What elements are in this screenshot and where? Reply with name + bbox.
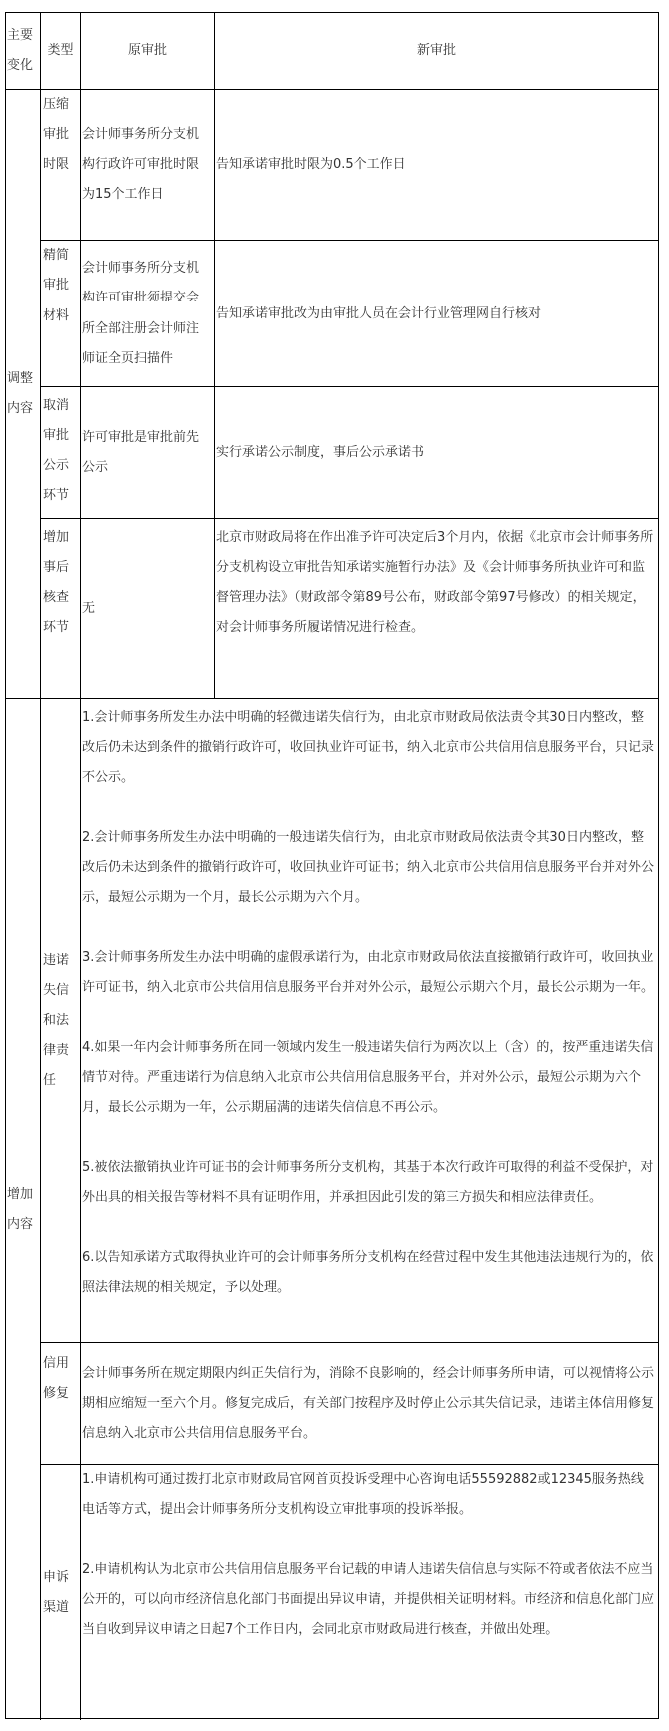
- row-liability-content: 1.会计师事务所发生办法中明确的轻微违诺失信行为，由北京市财政局依法责令其30日…: [80, 698, 658, 1342]
- row-credit-repair-type: 信用修复: [40, 1342, 80, 1464]
- row-original-text: 会计师事务所分支机 构许可审批须提交会 所全部注册会计师注 师证全页扫描件: [82, 254, 210, 374]
- row-cancel-type: 取消审批公示环节: [40, 386, 80, 518]
- row-simplify-original: 会计师事务所分支机 构许可审批须提交会 所全部注册会计师注 师证全页扫描件: [80, 240, 214, 386]
- row-new-text: 实行承诺公示制度，事后公示承诺书: [216, 438, 424, 468]
- row-type-label: 压缩审批时限: [43, 90, 72, 180]
- section-add-label: 增加内容: [7, 1180, 36, 1240]
- row-add-check-type: 增加事后核查环节: [40, 518, 80, 698]
- row-compress-new: 告知承诺审批时限为0.5个工作日: [214, 89, 658, 240]
- row-new-text: 告知承诺审批改为由审批人员在会计行业管理网自行核对: [216, 299, 541, 329]
- row-original-text: 会计师事务所分支机构行政许可审批时限为15个工作日: [82, 120, 210, 210]
- row-liability-type: 违诺失信和法律责任: [40, 698, 80, 1342]
- row-simplify-new: 告知承诺审批改为由审批人员在会计行业管理网自行核对: [214, 240, 658, 386]
- row-type-label: 申诉渠道: [43, 1563, 72, 1623]
- liability-paragraphs: 1.会计师事务所发生办法中明确的轻微违诺失信行为，由北京市财政局依法责令其30日…: [82, 703, 654, 1303]
- header-new-label: 新审批: [417, 36, 456, 66]
- row-type-label: 取消审批公示环节: [43, 391, 72, 511]
- paragraph: 会计师事务所在规定期限内纠正失信行为，消除不良影响的，经会计师事务所申请，可以视…: [82, 1359, 654, 1449]
- paragraph: 2.申请机构认为北京市公共信用信息服务平台记载的申请人违诺失信信息与实际不符或者…: [82, 1555, 654, 1645]
- row-simplify-type: 精简审批材料: [40, 240, 80, 386]
- row-type-label: 信用修复: [43, 1349, 72, 1409]
- appeal-paragraphs: 1.申请机构可通过拨打北京市财政局官网首页投诉受理中心咨询电话55592882或…: [82, 1465, 654, 1645]
- row-type-label: 精简审批材料: [43, 241, 72, 331]
- header-main-change: 主要变化: [6, 13, 40, 89]
- paragraph: 3.会计师事务所发生办法中明确的虚假承诺行为，由北京市财政局依法直接撤销行政许可…: [82, 943, 654, 1003]
- row-new-text: 告知承诺审批时限为0.5个工作日: [216, 150, 406, 180]
- row-type-label: 违诺失信和法律责任: [43, 946, 72, 1096]
- row-type-label: 增加事后核查环节: [43, 523, 72, 643]
- paragraph: 1.申请机构可通过拨打北京市财政局官网首页投诉受理中心咨询电话55592882或…: [82, 1465, 654, 1525]
- row-add-check-new: 北京市财政局将在作出准予许可决定后3个月内，依据《北京市会计师事务所分支机构设立…: [214, 518, 658, 698]
- row-appeal-type: 申诉渠道: [40, 1464, 80, 1720]
- section-adjust-label: 调整内容: [7, 364, 36, 424]
- row-compress-type: 压缩审批时限: [40, 89, 80, 240]
- header-original-label: 原审批: [128, 36, 167, 66]
- section-adjust-label-cell: 调整内容: [6, 89, 40, 698]
- header-original: 原审批: [80, 13, 214, 89]
- paragraph: 5.被依法撤销执业许可证书的会计师事务所分支机构，其基于本次行政许可取得的利益不…: [82, 1153, 654, 1213]
- header-new: 新审批: [214, 13, 658, 89]
- approval-comparison-table: 主要变化 类型 原审批 新审批 调整内容 压缩审批时限 会计师事务所分支机构行政…: [5, 12, 659, 1719]
- paragraph: 4.如果一年内会计师事务所在同一领域内发生一般违诺失信行为两次以上（含）的，按严…: [82, 1033, 654, 1123]
- row-new-text: 北京市财政局将在作出准予许可决定后3个月内，依据《北京市会计师事务所分支机构设立…: [216, 523, 656, 643]
- section-add-label-cell: 增加内容: [6, 698, 40, 1720]
- row-cancel-new: 实行承诺公示制度，事后公示承诺书: [214, 386, 658, 518]
- row-original-text: 无: [82, 594, 95, 624]
- header-main-change-label: 主要变化: [7, 21, 36, 81]
- paragraph: 1.会计师事务所发生办法中明确的轻微违诺失信行为，由北京市财政局依法责令其30日…: [82, 703, 654, 793]
- row-add-check-original: 无: [80, 518, 214, 698]
- paragraph: 2.会计师事务所发生办法中明确的一般违诺失信行为，由北京市财政局依法责令其30日…: [82, 823, 654, 913]
- header-type-label: 类型: [47, 36, 73, 66]
- header-type: 类型: [40, 13, 80, 89]
- paragraph: 6.以告知承诺方式取得执业许可的会计师事务所分支机构在经营过程中发生其他违法违规…: [82, 1243, 654, 1303]
- row-cancel-original: 许可审批是审批前先公示: [80, 386, 214, 518]
- row-compress-original: 会计师事务所分支机构行政许可审批时限为15个工作日: [80, 89, 214, 240]
- row-credit-repair-content: 会计师事务所在规定期限内纠正失信行为，消除不良影响的，经会计师事务所申请，可以视…: [80, 1342, 658, 1464]
- row-appeal-content: 1.申请机构可通过拨打北京市财政局官网首页投诉受理中心咨询电话55592882或…: [80, 1464, 658, 1720]
- row-original-text: 许可审批是审批前先公示: [82, 423, 210, 483]
